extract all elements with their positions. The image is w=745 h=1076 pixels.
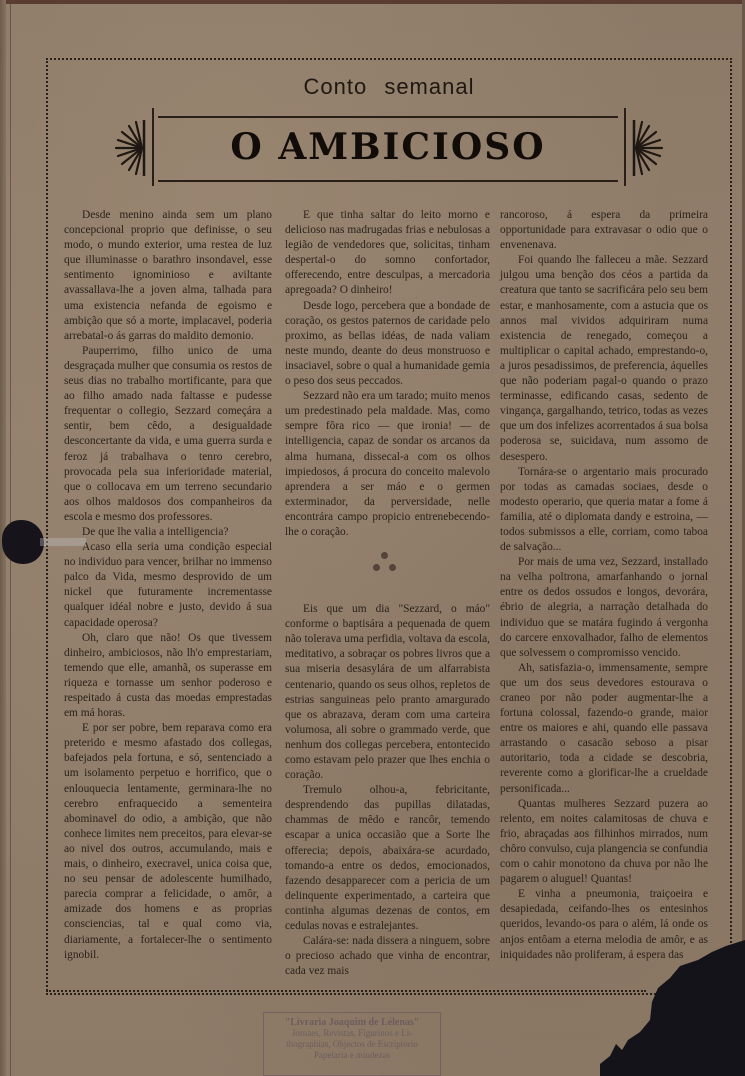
bottom-dotted-rule [46,990,646,992]
stamp-line: Jornaes, Revistas, Figurinos e Li- [264,1028,440,1039]
paragraph: Quantas mulheres Sezzard puzera ao relen… [500,797,708,888]
bookseller-stamp: "Livraria Joaquim de Lélenas" Jornaes, R… [263,1012,441,1076]
paragraph: Foi quando lhe falleceu a mãe. Sezzard j… [500,253,708,464]
fan-ornament-right-icon [626,118,666,178]
paragraph: Pauperrimo, filho unico de uma desgraçad… [64,344,272,525]
paragraph: Oh, claro que não! Os que tivessem dinhe… [64,631,272,722]
paragraph: rancoroso, á espera da primeira opportun… [500,208,708,253]
newspaper-page: Conto semanal O AMBICIOSO [0,0,745,1076]
stamp-line: Papelaria e miudezas [264,1050,440,1061]
paragraph: E por ser pobre, bem reparava como era p… [64,721,272,963]
text-column-2: E que tinha saltar do leito morno e deli… [285,208,490,979]
paper-crease-streak [40,538,86,546]
fan-ornament-left-icon [112,118,152,178]
paragraph: Por mais de uma vez, Sezzard, installado… [500,555,708,661]
title-frame-left-bar [152,108,154,186]
stamp-line: thographias, Objectos de Escriptorio [264,1039,440,1050]
torn-corner-damage [600,940,745,1076]
paragraph: Desde menino ainda sem um plano concepci… [64,208,272,344]
article-title: O AMBICIOSO [158,116,618,178]
paragraph: Calára-se: nada dissera a ninguem, sobre… [285,934,490,979]
paragraph: De que lhe valia a intelligencia? [64,525,272,540]
paragraph: Eis que um dia "Sezzard, o máo" conforme… [285,602,490,783]
article-header: Conto semanal [46,70,732,100]
paragraph: Acaso ella seria uma condição especial n… [64,540,272,631]
stamp-title: "Livraria Joaquim de Lélenas" [264,1017,440,1028]
section-kicker: Conto semanal [46,74,732,100]
paragraph: Ah, satisfazia-o, immensamente, sempre q… [500,661,708,797]
ink-damage-blot [2,520,44,564]
text-column-3: rancoroso, á espera da primeira opportun… [500,208,708,963]
paragraph: Desde logo, percebera que a bondade de c… [285,299,490,390]
section-break-ornament-icon [285,544,490,596]
paragraph: Tornára-se o argentario mais procurado p… [500,465,708,556]
paragraph: Tremulo olhou-a, febricitante, desprende… [285,783,490,934]
paragraph: Sezzard não era um tarado; muito menos u… [285,389,490,540]
paragraph: E que tinha saltar do leito morno e deli… [285,208,490,299]
text-column-1: Desde menino ainda sem um plano concepci… [64,208,272,963]
page-top-edge [0,0,745,4]
